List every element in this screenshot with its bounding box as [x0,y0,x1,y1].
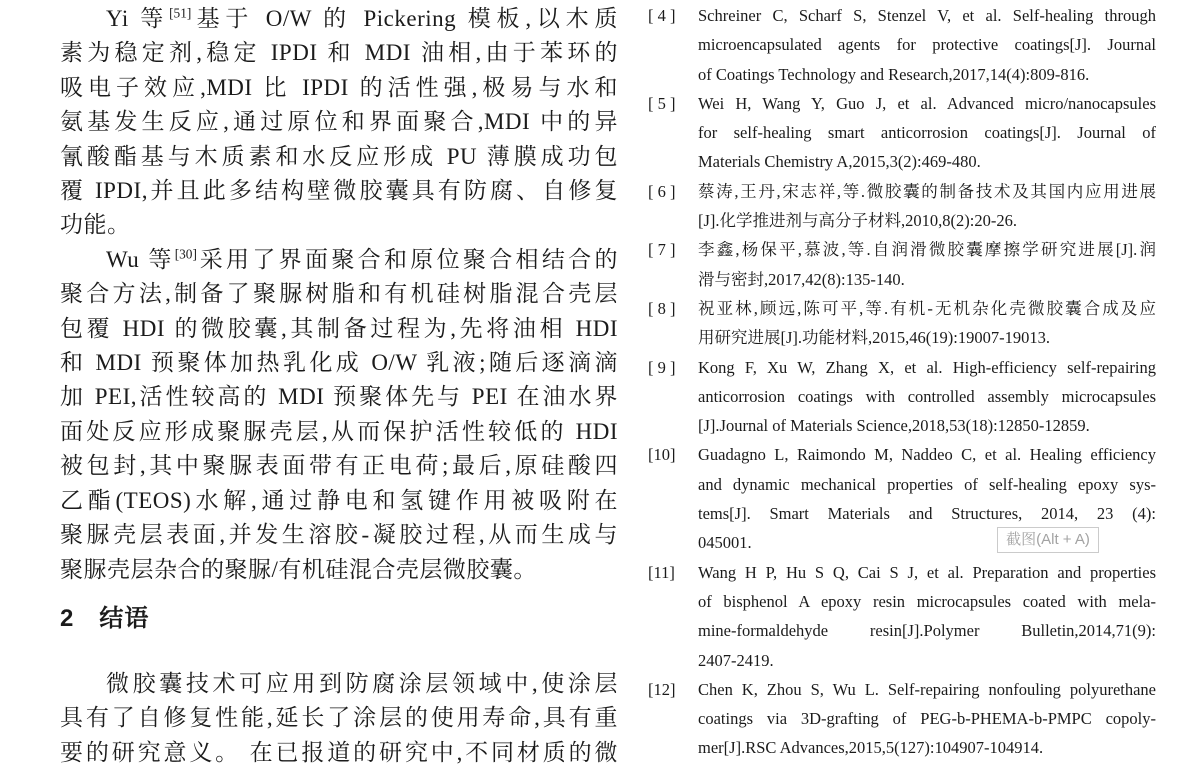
text-line: 加 PEI,活性较高的 MDI 预聚体先与 PEI 在油水界 [60,380,618,414]
text-line: 覆 IPDI,并且此多结构壁微胶囊具有防腐、自修复 [60,174,618,208]
text-line: 被包封,其中聚脲表面带有正电荷;最后,原硅酸四 [60,449,618,483]
reference-number: [ 4 ] [648,1,698,89]
text-line: 面处反应形成聚脲壳层,从而保护活性较低的 HDI [60,415,618,449]
text-line: Chen K, Zhou S, Wu L. Self-repairing non… [698,675,1156,704]
text-line: of Coatings Technology and Research,2017… [698,60,1156,89]
text-line: 微胶囊技术可应用到防腐涂层领域中,使涂层 [60,667,618,701]
paper-page: Yi 等[51]基于 O/W 的 Pickering 模板,以木质 素为稳定剂,… [0,0,1194,781]
reference-text: Kong F, Xu W, Zhang X, et al. High-effic… [698,353,1156,441]
paragraph-lines: 微胶囊技术可应用到防腐涂层领域中,使涂层具有了自修复性能,延长了涂层的使用寿命,… [60,667,618,770]
left-column: Yi 等[51]基于 O/W 的 Pickering 模板,以木质 素为稳定剂,… [60,2,618,770]
text-line: [J].化学推进剂与高分子材料,2010,8(2):20-26. [698,206,1156,235]
text-line: 乙酯(TEOS)水解,通过静电和氢键作用被吸附在 [60,484,618,518]
paragraph-wu: Wu 等[30]采用了界面聚合和原位聚合相结合的 聚合方法,制备了聚脲树脂和有机… [60,243,618,587]
line-text: 基于 O/W 的 Pickering 模板,以木质 [191,6,618,31]
references-column: [ 4 ] Schreiner C, Scharf S, Stenzel V, … [648,1,1156,763]
reference-number: [ 8 ] [648,294,698,353]
citation-superscript: [51] [169,5,191,20]
reference-number: [11] [648,558,698,675]
author-lead: Wu 等 [106,247,175,272]
text-line: mine-formaldehyde resin[J].Polymer Bulle… [698,616,1156,645]
reference-number: [ 6 ] [648,177,698,236]
text-line: 吸电子效应,MDI 比 IPDI 的活性强,极易与水和 [60,71,618,105]
reference-number: [10] [648,440,698,557]
paragraph-lines: 素为稳定剂,稳定 IPDI 和 MDI 油相,由于苯环的吸电子效应,MDI 比 … [60,36,618,242]
text-line: 聚脲壳层表面,并发生溶胶-凝胶过程,从而生成与 [60,518,618,552]
paragraph-yi: Yi 等[51]基于 O/W 的 Pickering 模板,以木质 素为稳定剂,… [60,2,618,243]
text-line: tems[J]. Smart Materials and Structures,… [698,499,1156,528]
text-line: Schreiner C, Scharf S, Stenzel V, et al.… [698,1,1156,30]
text-line: Wei H, Wang Y, Guo J, et al. Advanced mi… [698,89,1156,118]
citation-superscript: [30] [175,246,197,261]
screenshot-button[interactable]: 截图(Alt + A) [997,527,1099,553]
text-line: 用研究进展[J].功能材料,2015,46(19):19007-19013. [698,323,1156,352]
text-line: 包覆 HDI 的微胶囊,其制备过程为,先将油相 HDI [60,312,618,346]
reference-text: Wang H P, Hu S Q, Cai S J, et al. Prepar… [698,558,1156,675]
text-line: 李鑫,杨保平,慕波,等.自润滑微胶囊摩擦学研究进展[J].润 [698,235,1156,264]
text-line: Guadagno L, Raimondo M, Naddeo C, et al.… [698,440,1156,469]
reference-item: [ 5 ] Wei H, Wang Y, Guo J, et al. Advan… [648,89,1156,177]
paragraph-lines: 聚合方法,制备了聚脲树脂和有机硅树脂混合壳层包覆 HDI 的微胶囊,其制备过程为… [60,277,618,587]
text-line: mer[J].RSC Advances,2015,5(127):104907-1… [698,733,1156,762]
reference-text: Wei H, Wang Y, Guo J, et al. Advanced mi… [698,89,1156,177]
paragraph-conclusion: 微胶囊技术可应用到防腐涂层领域中,使涂层具有了自修复性能,延长了涂层的使用寿命,… [60,667,618,770]
text-line: 蔡涛,王丹,宋志祥,等.微胶囊的制备技术及其国内应用进展 [698,177,1156,206]
reference-item: [ 7 ] 李鑫,杨保平,慕波,等.自润滑微胶囊摩擦学研究进展[J].润滑与密封… [648,235,1156,294]
text-line: Kong F, Xu W, Zhang X, et al. High-effic… [698,353,1156,382]
reference-number: [ 5 ] [648,89,698,177]
text-line: of bisphenol A epoxy resin microcapsules… [698,587,1156,616]
text-line: 氰酸酯基与木质素和水反应形成 PU 薄膜成功包 [60,140,618,174]
text-line: 素为稳定剂,稳定 IPDI 和 MDI 油相,由于苯环的 [60,36,618,70]
reference-item: [ 4 ] Schreiner C, Scharf S, Stenzel V, … [648,1,1156,89]
text-line: 和 MDI 预聚体加热乳化成 O/W 乳液;随后逐滴滴 [60,346,618,380]
reference-text: Schreiner C, Scharf S, Stenzel V, et al.… [698,1,1156,89]
reference-text: Chen K, Zhou S, Wu L. Self-repairing non… [698,675,1156,763]
text-line: Wang H P, Hu S Q, Cai S J, et al. Prepar… [698,558,1156,587]
text-line: 氨基发生反应,通过原位和界面聚合,MDI 中的异 [60,105,618,139]
text-line: 聚合方法,制备了聚脲树脂和有机硅树脂混合壳层 [60,277,618,311]
reference-text: 蔡涛,王丹,宋志祥,等.微胶囊的制备技术及其国内应用进展[J].化学推进剂与高分… [698,177,1156,236]
text-line: 具有了自修复性能,延长了涂层的使用寿命,具有重 [60,701,618,735]
text-line: 聚脲壳层杂合的聚脲/有机硅混合壳层微胶囊。 [60,553,618,587]
text-line: 要的研究意义。 在已报道的研究中,不同材质的微 [60,736,618,770]
text-line: and dynamic mechanical properties of sel… [698,470,1156,499]
text-line: coatings via 3D-grafting of PEG-b-PHEMA-… [698,704,1156,733]
reference-text: 祝亚林,顾远,陈可平,等.有机-无机杂化壳微胶囊合成及应用研究进展[J].功能材… [698,294,1156,353]
reference-number: [ 7 ] [648,235,698,294]
text-line: 滑与密封,2017,42(8):135-140. [698,265,1156,294]
line-text: 采用了界面聚合和原位聚合相结合的 [197,247,618,272]
reference-item: [12] Chen K, Zhou S, Wu L. Self-repairin… [648,675,1156,763]
text-line: 功能。 [60,208,618,242]
reference-text: 李鑫,杨保平,慕波,等.自润滑微胶囊摩擦学研究进展[J].润滑与密封,2017,… [698,235,1156,294]
text-line: anticorrosion coatings with controlled a… [698,382,1156,411]
reference-item: [11] Wang H P, Hu S Q, Cai S J, et al. P… [648,558,1156,675]
reference-number: [ 9 ] [648,353,698,441]
text-line: for self-healing smart anticorrosion coa… [698,118,1156,147]
text-line: Wu 等[30]采用了界面聚合和原位聚合相结合的 [60,243,618,277]
text-line: 2407-2419. [698,646,1156,675]
text-line: microencapsulated agents for protective … [698,30,1156,59]
text-line: Materials Chemistry A,2015,3(2):469-480. [698,147,1156,176]
reference-item: [ 8 ] 祝亚林,顾远,陈可平,等.有机-无机杂化壳微胶囊合成及应用研究进展[… [648,294,1156,353]
text-line: 祝亚林,顾远,陈可平,等.有机-无机杂化壳微胶囊合成及应 [698,294,1156,323]
reference-item: [ 9 ] Kong F, Xu W, Zhang X, et al. High… [648,353,1156,441]
reference-item: [ 6 ] 蔡涛,王丹,宋志祥,等.微胶囊的制备技术及其国内应用进展[J].化学… [648,177,1156,236]
author-lead: Yi 等 [106,6,169,31]
reference-number: [12] [648,675,698,763]
section-heading: 2 结语 [60,601,618,637]
text-line: Yi 等[51]基于 O/W 的 Pickering 模板,以木质 [60,2,618,36]
text-line: [J].Journal of Materials Science,2018,53… [698,411,1156,440]
